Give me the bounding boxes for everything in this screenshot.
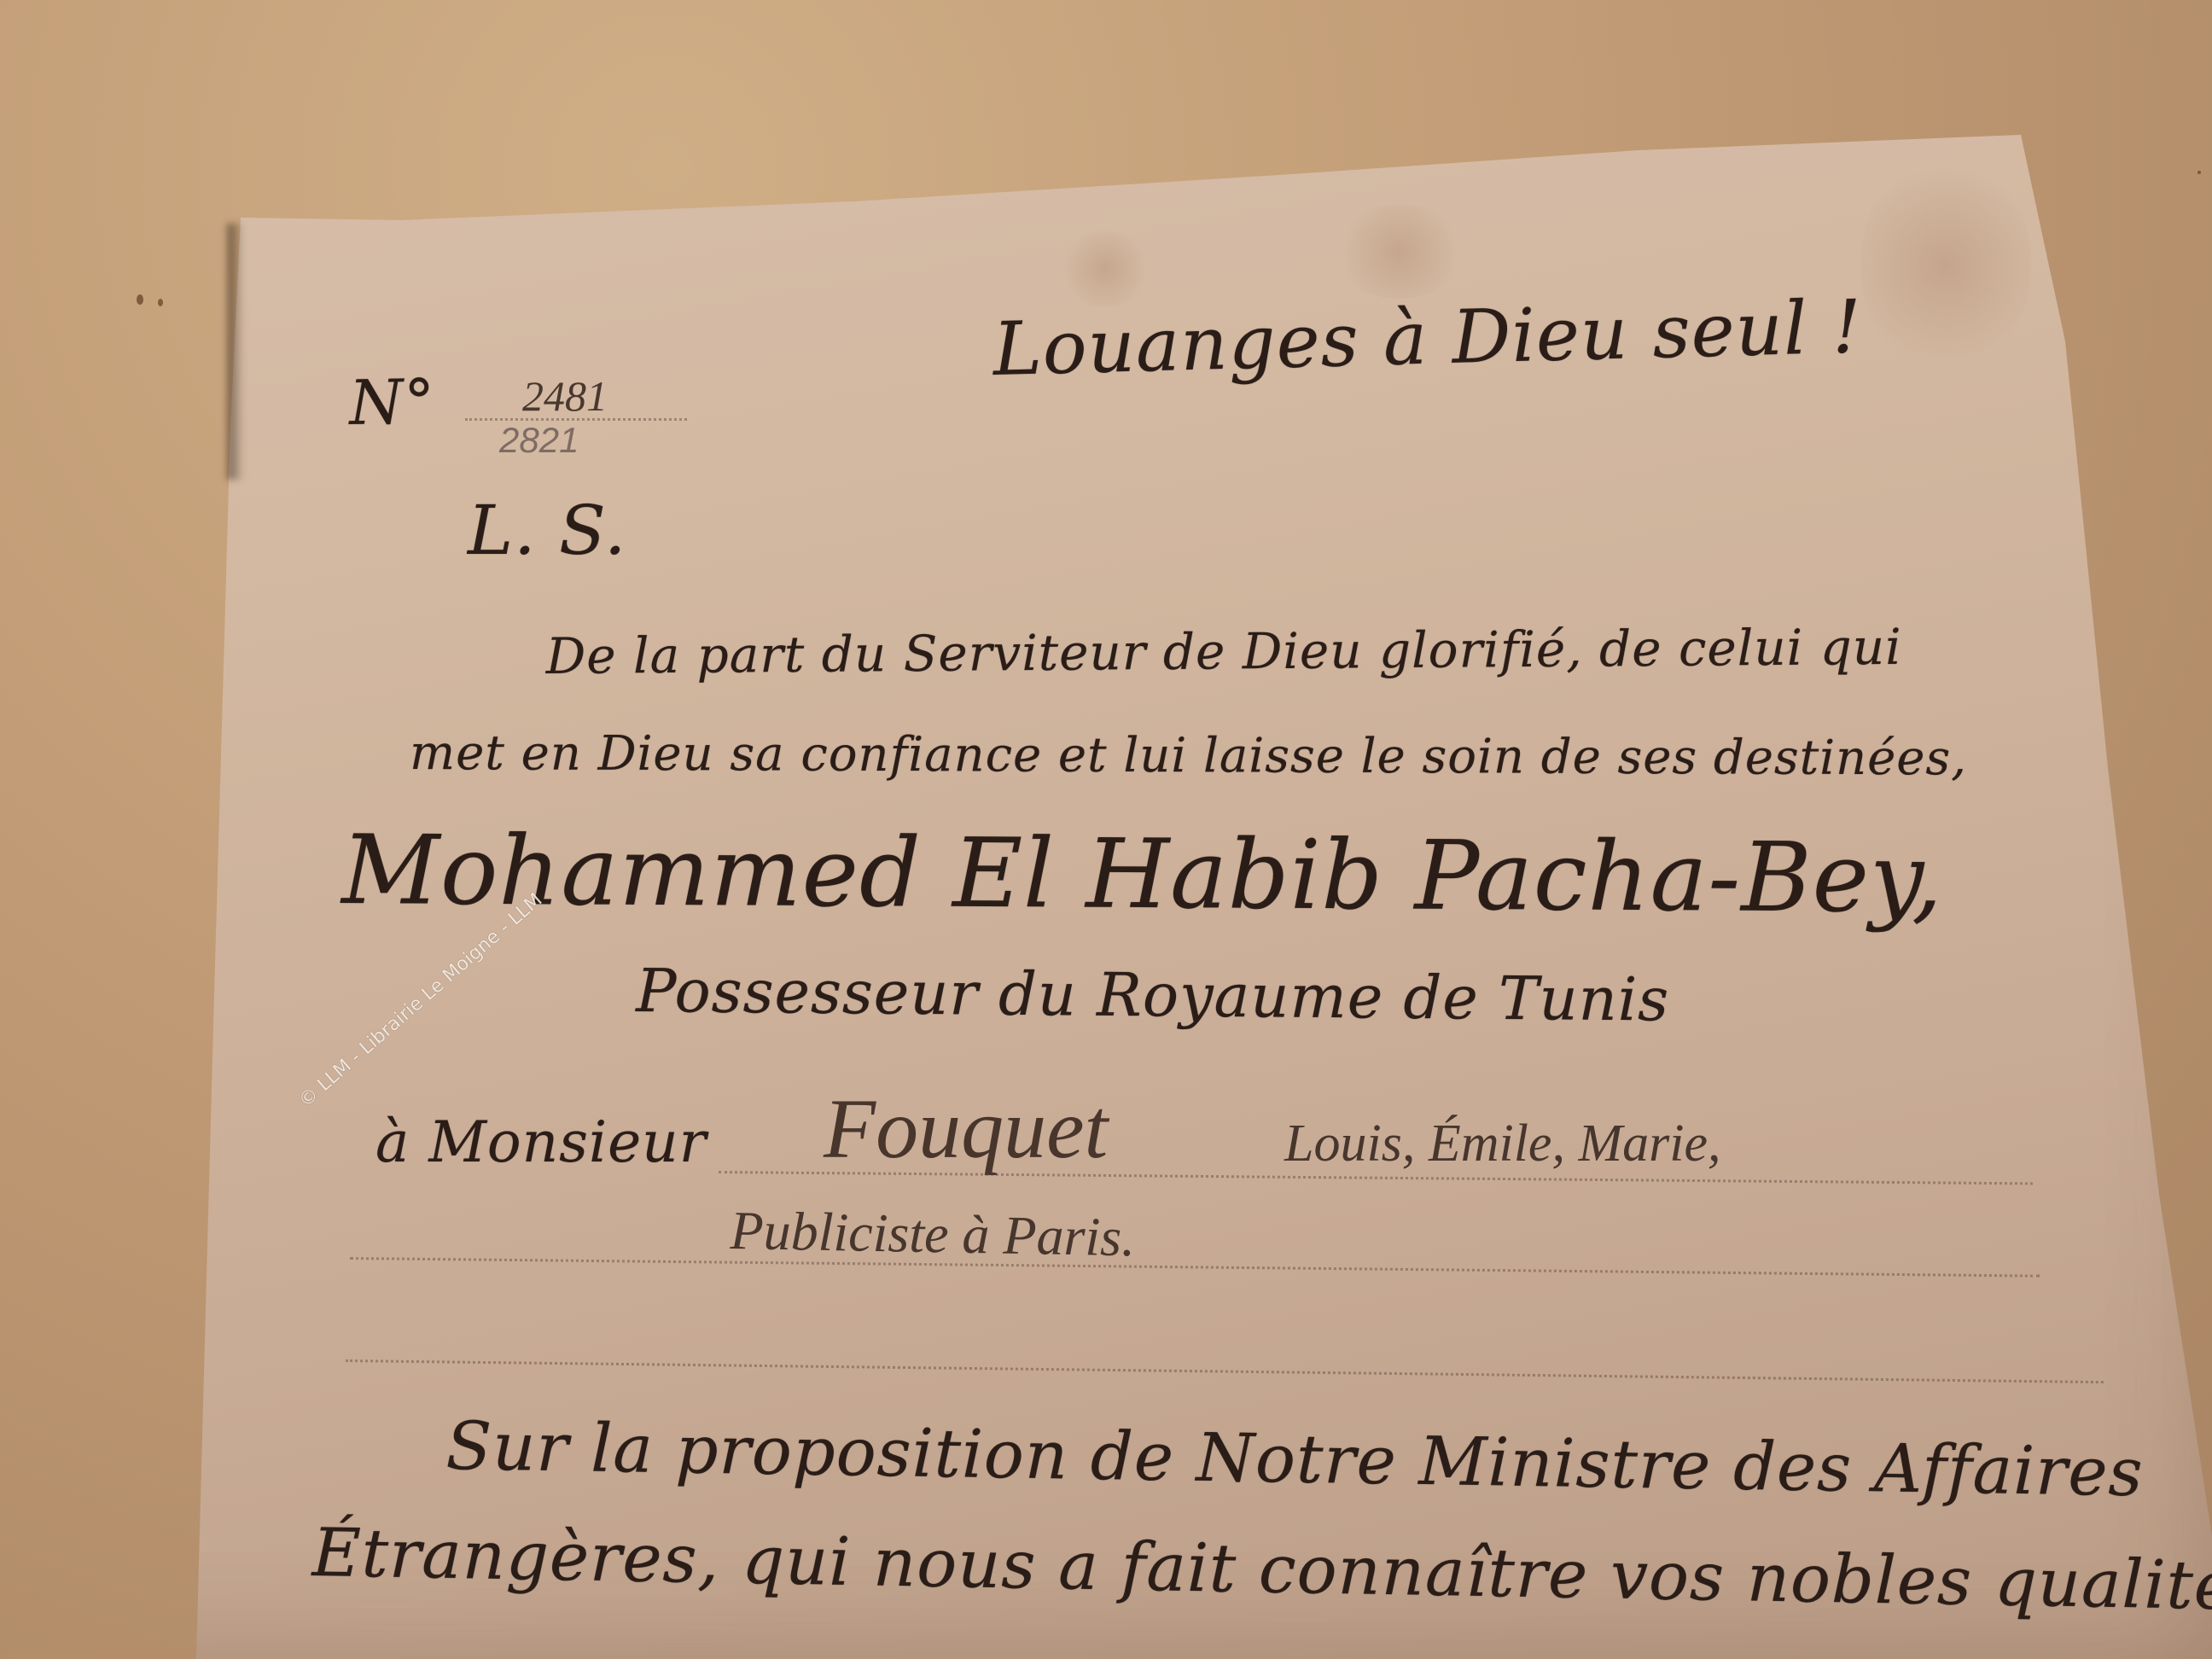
water-stain xyxy=(1860,154,2031,375)
reference-label: N° xyxy=(349,365,436,439)
recipient-given-names: Louis, Émile, Marie, xyxy=(1284,1114,1720,1174)
sovereign-title: Possesseur du Royaume de Tunis xyxy=(636,956,1669,1035)
locus-sigilli-mark: L. S. xyxy=(468,491,626,570)
recipient-occupation: Publiciste à Paris. xyxy=(730,1199,1136,1269)
preamble-line-1: De la part du Serviteur de Dieu glorifié… xyxy=(546,618,1902,685)
reference-number-pencil: 2821 xyxy=(499,420,579,461)
reference-number-ink: 2481 xyxy=(522,371,608,421)
water-stain xyxy=(1331,205,1468,299)
water-stain xyxy=(1058,230,1152,307)
paper-edge-shadow xyxy=(227,224,244,480)
sovereign-name: Mohammed El Habib Pacha-Bey, xyxy=(341,815,1943,934)
speck xyxy=(137,294,143,305)
preamble-line-2: met en Dieu sa confiance et lui laisse l… xyxy=(410,725,1967,786)
recipient-prefix: à Monsieur xyxy=(375,1109,707,1175)
recipient-surname: Fouquet xyxy=(824,1080,1108,1178)
speck xyxy=(158,299,163,306)
speck xyxy=(2197,171,2201,174)
